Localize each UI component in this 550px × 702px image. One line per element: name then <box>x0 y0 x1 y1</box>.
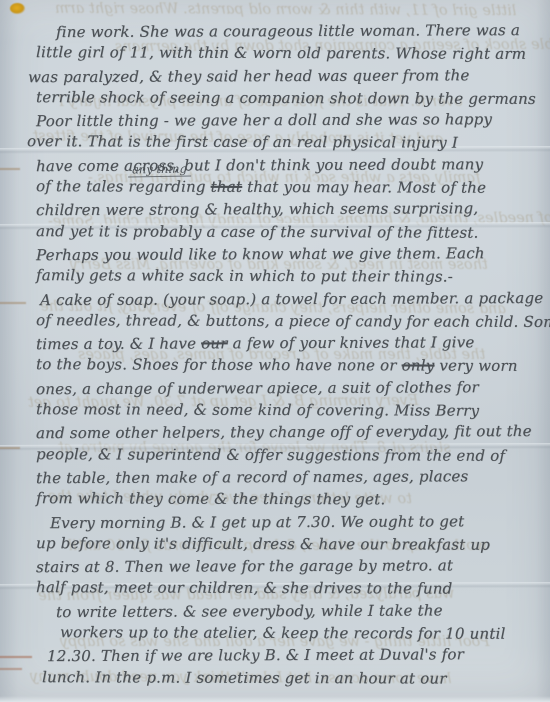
line-text: of the tales regarding <box>36 177 211 196</box>
letter-line: to the boys. Shoes for those who have no… <box>36 354 550 378</box>
letter-line: 12.30. Then if we are lucky B. & I meet … <box>47 643 550 667</box>
inserted-words: any thing <box>128 161 191 177</box>
letter-line: little girl of 11, with thin & worn old … <box>36 41 550 65</box>
letter-line: of the tales regarding that that you may… <box>36 175 550 199</box>
line-text: times a toy. & I have <box>36 335 201 354</box>
line-text: that you may hear. Most of the <box>242 178 486 197</box>
letter-line: up before only it's difficult, dress & h… <box>36 532 550 556</box>
letter-line: A cake of soap. (your soap.) a towel for… <box>40 286 550 311</box>
letter-line: Perhaps you would like to know what we g… <box>36 242 550 267</box>
letter-line: have come across, but I don't think you … <box>36 153 550 178</box>
letter-line: those most in need, & some kind of cover… <box>36 398 550 422</box>
letter-line: stairs at 8. Then we leave for the garag… <box>36 554 550 579</box>
yellow-ink-stain <box>10 3 25 14</box>
scan-bottom-edge <box>0 696 550 702</box>
letter-line: half past, meet our children, & she driv… <box>36 577 550 601</box>
letter-line: Every morning B. & I get up at 7.30. We … <box>50 509 550 533</box>
letter-line: terrible shock of seeing a companion sho… <box>36 86 550 110</box>
letter-line: to write letters. & see everybody, while… <box>56 599 550 623</box>
letter-line: over it. That is the first case of an re… <box>27 131 550 155</box>
letter-line: and yet it is probably a case of the sur… <box>36 220 550 244</box>
struck-word: our <box>201 334 228 352</box>
ink-bleedthrough-line: little girl of 11, with thin & worn old … <box>55 1 516 19</box>
letter-line: from which they come & the things they g… <box>36 487 550 511</box>
letter-line: was paralyzed, & they said her head was … <box>28 63 550 88</box>
letter-line: children were strong & healthy, which se… <box>36 197 550 222</box>
letter-line: ones, a change of underwear apiece, a su… <box>36 376 550 401</box>
letter-page: little girl of 11, with thin & worn old … <box>0 0 550 702</box>
struck-word: only <box>402 357 435 375</box>
struck-word: that <box>211 178 243 196</box>
letter-line: people, & I superintend & offer suggesti… <box>36 443 550 467</box>
letter-body: fine work. She was a courageous little w… <box>0 20 550 689</box>
letter-line: Poor little thing - we gave her a doll a… <box>36 108 550 133</box>
letter-line: fine work. She was a courageous little w… <box>56 19 550 43</box>
letter-line: times a toy. & I have our a few of your … <box>36 331 550 356</box>
line-text: to the boys. Shoes for those who have no… <box>36 356 402 375</box>
letter-line: and some other helpers, they change off … <box>36 420 550 445</box>
letter-line: of needles, thread, & buttons, a piece o… <box>36 309 550 333</box>
letter-line: lunch. In the p.m. I sometimes get in an… <box>42 666 550 690</box>
letter-line: family gets a white sack in which to put… <box>36 264 550 288</box>
letter-line: workers up to the atelier, & keep the re… <box>60 621 550 645</box>
letter-line: the table, then make of a record of name… <box>36 465 550 490</box>
line-text: a few of your knives that I give <box>228 333 475 352</box>
line-text: very worn <box>434 357 517 375</box>
